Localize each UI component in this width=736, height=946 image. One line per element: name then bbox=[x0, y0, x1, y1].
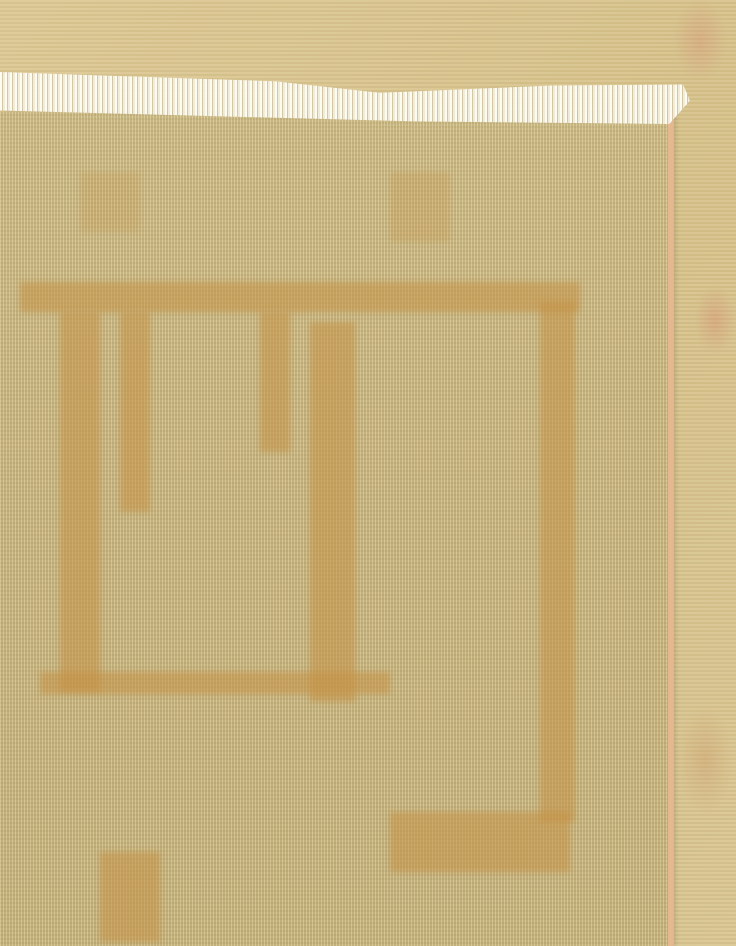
photo-scene: Close-up photograph of the back of a fri… bbox=[0, 0, 736, 946]
folded-rug-back bbox=[0, 112, 672, 946]
motif-lower-block bbox=[390, 812, 570, 872]
motif-top-triangle bbox=[390, 172, 450, 242]
rug-edge-binding bbox=[668, 112, 673, 946]
motif-column-right bbox=[540, 302, 575, 822]
motif-lower-left bbox=[100, 852, 160, 942]
motif-column-middle bbox=[310, 322, 355, 702]
motif-top-band bbox=[20, 282, 580, 312]
motif-top-triangle-left bbox=[80, 172, 140, 232]
motif-column-left bbox=[60, 312, 100, 692]
motif-column-left-inner bbox=[120, 312, 150, 512]
motif-bottom-band bbox=[40, 672, 390, 694]
motif-column-middle-inner bbox=[260, 312, 290, 452]
